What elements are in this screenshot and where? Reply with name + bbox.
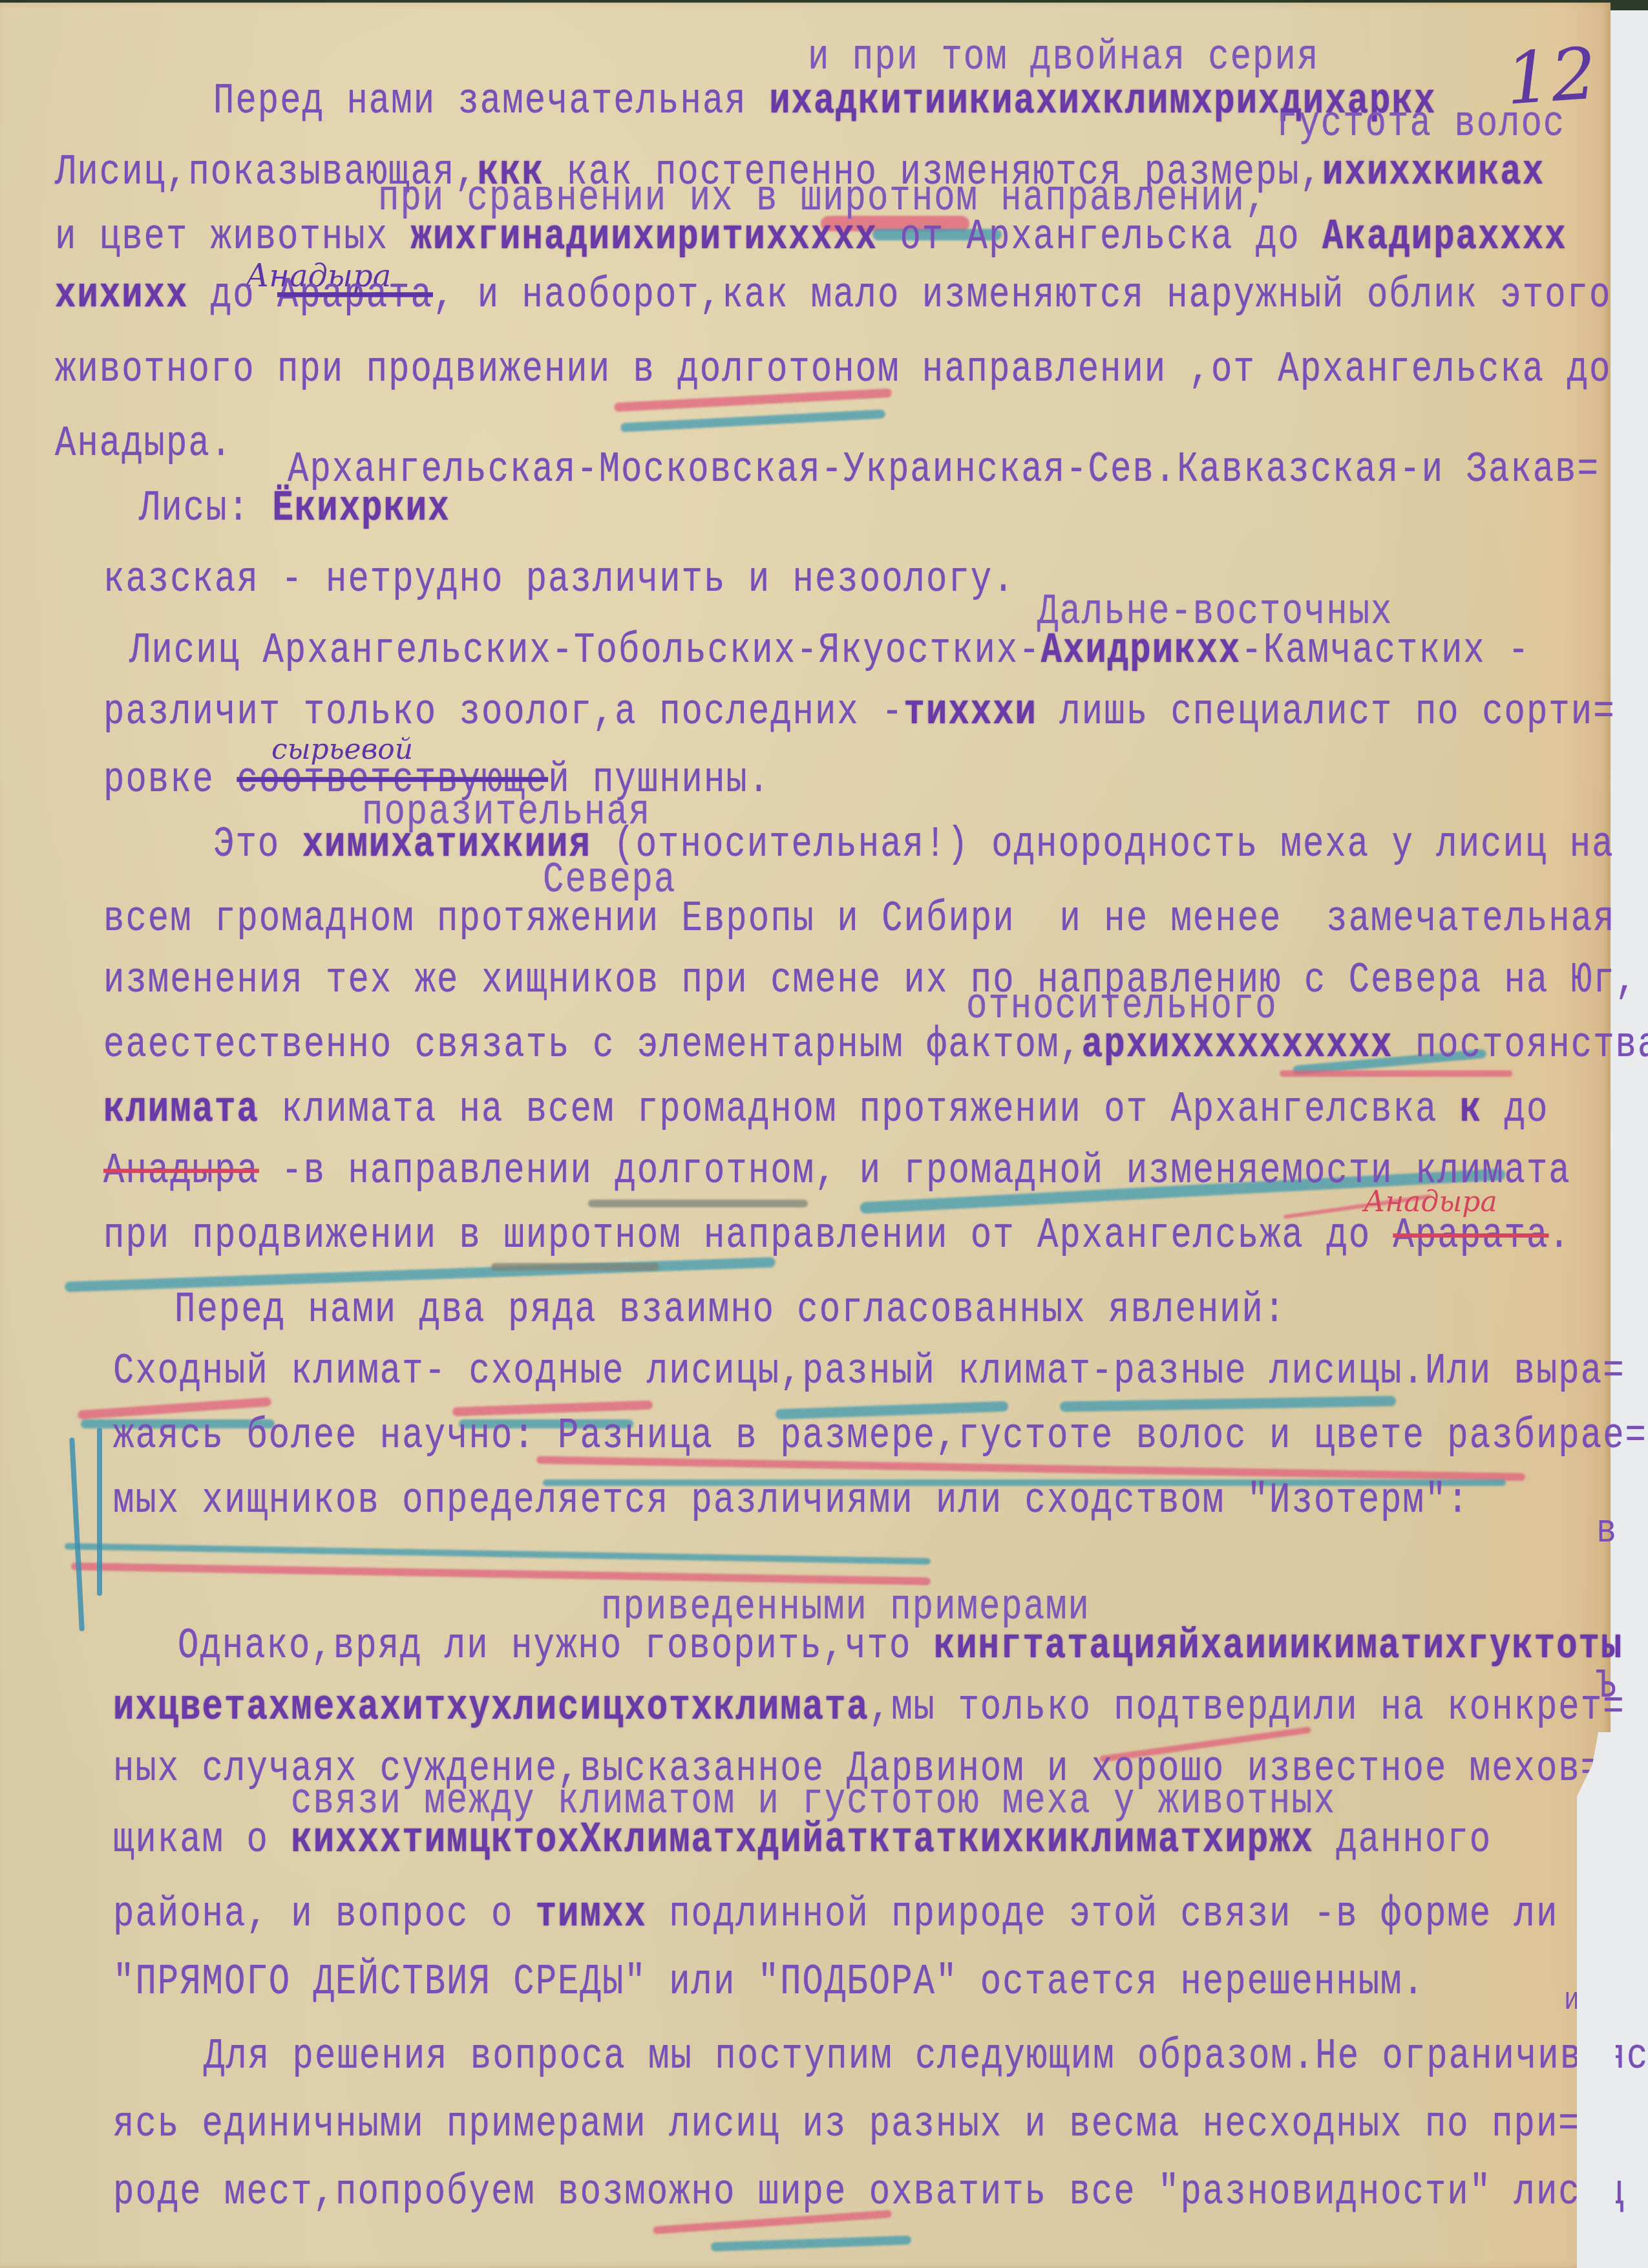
- text-line: Это химихатихкиия (относительная!) однор…: [213, 821, 1614, 869]
- blue-margin-bar: [69, 1437, 85, 1631]
- text-line: жаясь более научно: Разница в размере,гу…: [113, 1413, 1647, 1461]
- blue-underline: [620, 409, 885, 432]
- text-line: при продвижении в широтном направлении о…: [103, 1213, 1571, 1260]
- text: .: [1548, 1213, 1570, 1260]
- red-underline: [1280, 1070, 1512, 1077]
- text: данного: [1314, 1817, 1492, 1865]
- inserted-text: густота волос: [1276, 101, 1565, 149]
- text: до: [188, 272, 277, 320]
- text-line: "ПРЯМОГО ДЕЙСТВИЯ СРЕДЫ" или "ПОДБОРА" о…: [113, 1959, 1425, 2007]
- blue-underline: [1060, 1395, 1396, 1412]
- text: лишь специалист по сорти=: [1037, 689, 1616, 737]
- text: Лисы:: [139, 485, 272, 533]
- text: и цвет животных: [55, 214, 410, 262]
- typed-strikeout: Ахидрикхх: [1041, 628, 1241, 675]
- text-line: еаестественно связать с элементарным фак…: [103, 1022, 1648, 1070]
- typed-strikeout: тихххи: [904, 689, 1037, 737]
- text-line: хихихх до Арарата, и наоборот,как мало и…: [55, 272, 1611, 320]
- typed-strikeout: ихцветахмехахитхухлисицхотхклимата: [113, 1684, 869, 1732]
- typed-strikeout: Ёкихрких: [272, 485, 450, 533]
- handwritten-strikeout: Арарата: [277, 272, 433, 320]
- text-line: Лисы: Ёкихрких: [139, 485, 450, 533]
- text: ровке: [103, 757, 237, 805]
- text-line: Перед нами замечательная ихадкитиикиахих…: [213, 78, 1436, 126]
- text-line: Архангельская-Московская-Украинская-Сев.…: [288, 447, 1600, 494]
- text-line: животного при продвижении в долготоном н…: [55, 346, 1611, 394]
- torn-page-edge: [1577, 1732, 1616, 2268]
- typed-strikeout: кингтатацияйхаииикиматихгуктоты: [934, 1623, 1623, 1671]
- text-line: Перед нами два ряда взаимно согласованны…: [174, 1287, 1286, 1335]
- text-line: всем громадном протяжении Европы и Сибир…: [103, 896, 1616, 944]
- handwritten-strikeout: Арарата: [1393, 1213, 1549, 1260]
- text: Перед нами замечательная: [213, 78, 769, 126]
- text: Лисиц Архангельских-Тобольских-Якуостких…: [129, 628, 1041, 675]
- text-line: казская - нетрудно различить и незоологу…: [103, 556, 1015, 604]
- typed-strikeout: к: [1460, 1086, 1482, 1134]
- blue-underline: [711, 2236, 911, 2252]
- text-line: Сходный климат- сходные лисицы,разный кл…: [113, 1348, 1625, 1396]
- margin-glyph: в: [1596, 1508, 1616, 1554]
- text-line: Лисиц Архангельских-Тобольских-Якуостких…: [129, 628, 1530, 675]
- red-underline: [142, 1405, 143, 1406]
- typed-strikeout: климата: [103, 1086, 259, 1134]
- text: , и наоборот,как мало изменяются наружны…: [433, 272, 1611, 320]
- text-line: Для решения вопроса мы поступим следующи…: [204, 2033, 1648, 2081]
- text: еаестественно связать с элементарным фак…: [103, 1022, 1082, 1070]
- text-line: и цвет животных жихгинадиихиритиххххх от…: [55, 214, 1567, 262]
- text-line: климата климата на всем громадном протяж…: [103, 1086, 1548, 1134]
- text: при продвижении в широтном направлении о…: [103, 1213, 1393, 1260]
- typewritten-page: 12 Анадыра сырьевой Анадыра и: [0, 3, 1611, 2268]
- text-line: роде мест,попробуем возможно шире охвати…: [113, 2169, 1625, 2217]
- text-line: изменения тех же хищников при смене их п…: [103, 957, 1638, 1005]
- text-line: ихцветахмехахитхухлисицхотхклимата,мы то…: [113, 1684, 1625, 1732]
- text: -Камчастких -: [1241, 628, 1530, 675]
- text: Однако,вряд ли нужно говорить,что: [178, 1623, 934, 1671]
- text-line: ясь единичными примерами лисиц из разных…: [113, 2101, 1581, 2149]
- red-underline: [71, 1562, 931, 1585]
- text-line: района, и вопрос о тимхх подлинной приро…: [113, 1891, 1558, 1939]
- typed-strikeout: тимхх: [536, 1891, 647, 1939]
- text: климата на всем громадном протяжении от …: [259, 1086, 1460, 1134]
- grey-underline: [588, 1200, 808, 1207]
- margin-glyph: Ъ: [1596, 1663, 1616, 1709]
- grey-underline: [491, 1263, 659, 1271]
- text-line: мых хищников определяется различиями или…: [113, 1478, 1470, 1525]
- scanned-document: 12 Анадыра сырьевой Анадыра и: [0, 0, 1648, 2268]
- text-line: различит только зоолог,а последних -тихх…: [103, 689, 1616, 737]
- text: постоянства: [1393, 1022, 1648, 1070]
- blue-underline: [65, 1543, 931, 1564]
- text: от Архангельска до: [878, 214, 1322, 262]
- text-line: Анадыра -в направлении долготном, и гром…: [103, 1148, 1571, 1196]
- text: Это: [213, 821, 302, 869]
- typed-strikeout: архихххххххххх: [1082, 1022, 1393, 1070]
- text: щикам о: [113, 1817, 291, 1865]
- inserted-text: и при том двойная серия: [808, 34, 1319, 82]
- text: до: [1482, 1086, 1548, 1134]
- typed-strikeout: ихиххкиках: [1322, 149, 1545, 197]
- text: ,мы только подтвердили на конкрет=: [869, 1684, 1625, 1732]
- text: (относительная!) однородность меха у лис…: [591, 821, 1614, 869]
- text-line: Анадыра.: [55, 421, 233, 469]
- text-line: Однако,вряд ли нужно говорить,что кингта…: [178, 1623, 1623, 1671]
- handwritten-strikeout: Анадыра: [103, 1148, 259, 1196]
- text: -в направлении долготном, и громадной из…: [259, 1148, 1571, 1196]
- text-line: щикам о кихххтимцктохХклиматхдийатктатки…: [113, 1817, 1492, 1865]
- typed-strikeout: хихихх: [55, 272, 188, 320]
- typed-strikeout: кихххтимцктохХклиматхдийатктаткихкиклима…: [291, 1817, 1314, 1865]
- text: различит только зоолог,а последних -: [103, 689, 904, 737]
- typed-strikeout: Акадирахххх: [1322, 214, 1567, 262]
- text: подлинной природе этой связи -в форме ли: [647, 1891, 1559, 1939]
- typed-strikeout: жихгинадиихиритиххххх: [410, 214, 878, 262]
- text: района, и вопрос о: [113, 1891, 536, 1939]
- blue-margin-bar: [97, 1428, 102, 1596]
